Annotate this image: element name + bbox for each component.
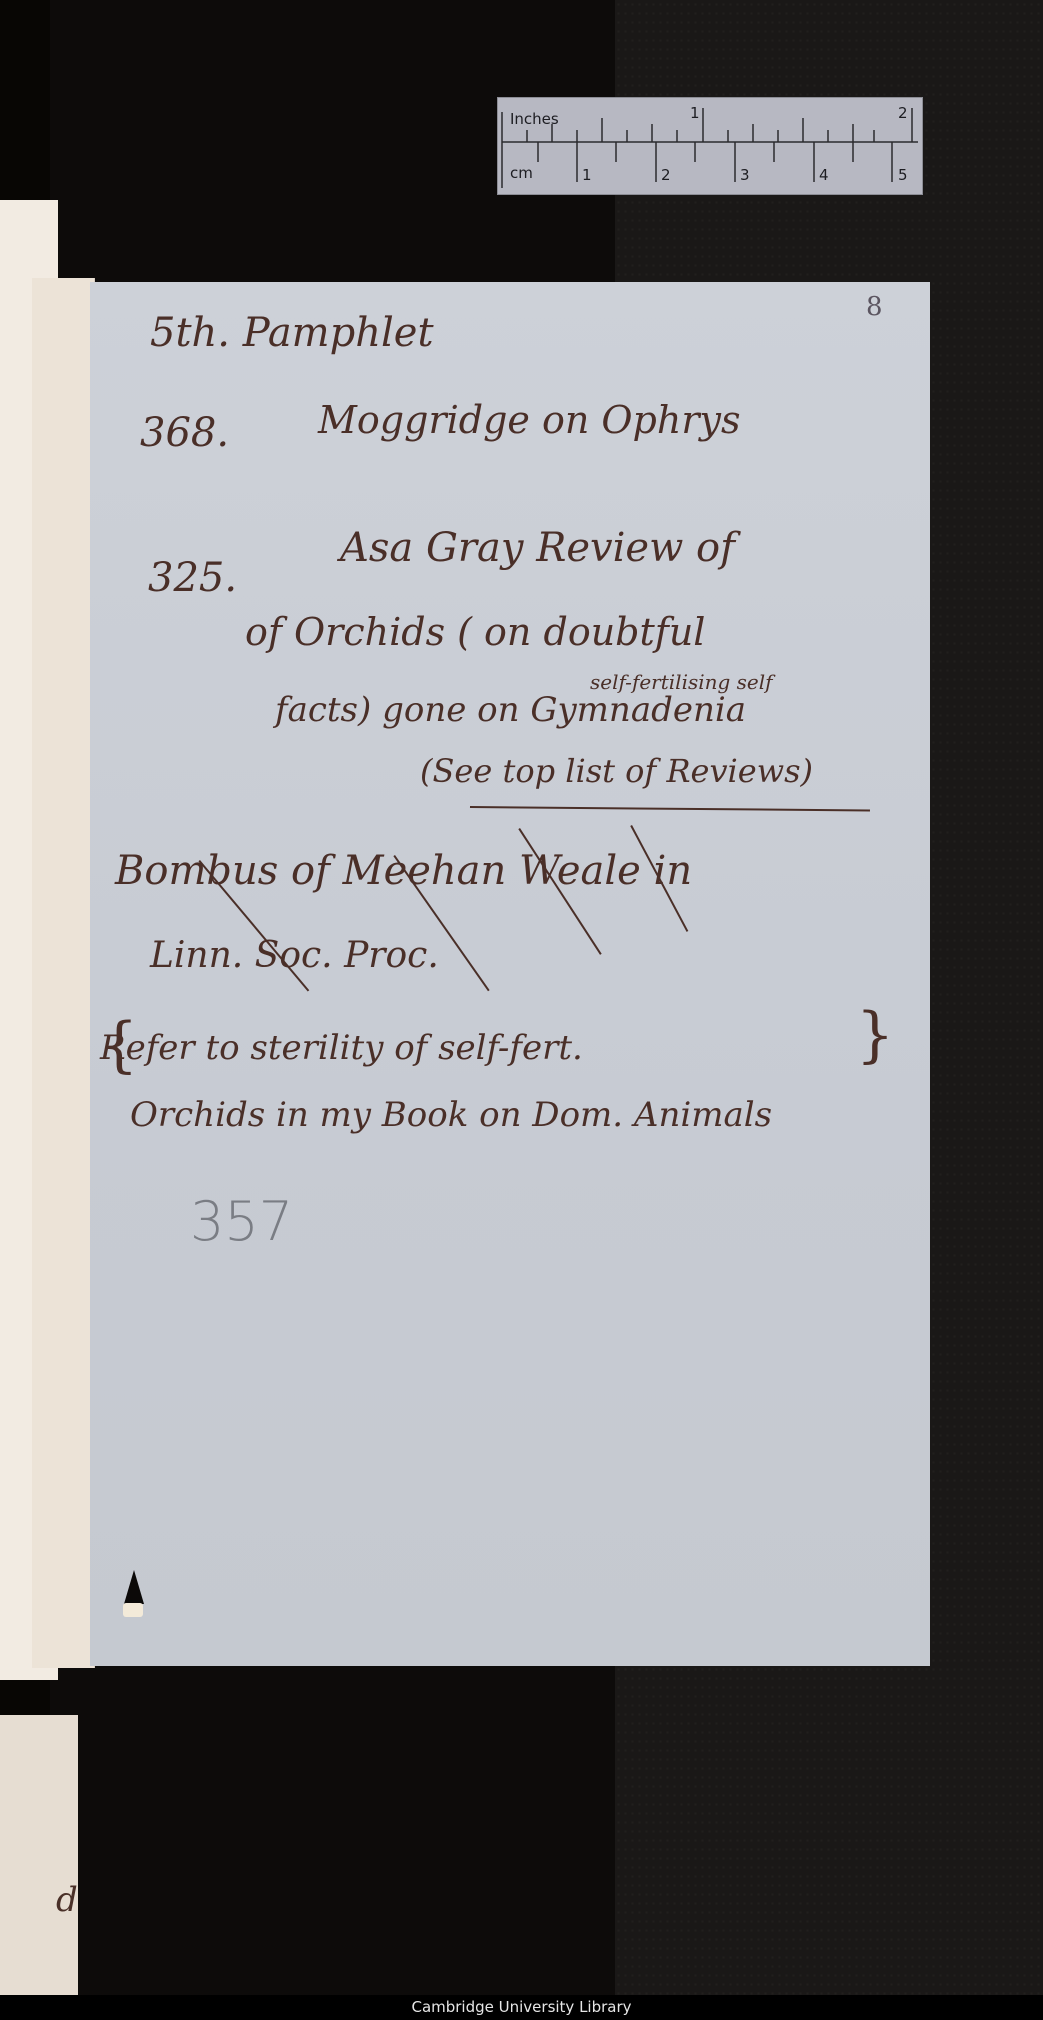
paper-hole-patch: [123, 1603, 143, 1617]
scale-ruler: Inches cm 1 2 1 2 3 4 5: [497, 97, 923, 195]
entry-325-line-a: Asa Gray Review of: [340, 525, 735, 571]
entry-368-text: Moggridge on Ophrys: [318, 398, 741, 442]
note-line-b: Orchids in my Book on Dom. Animals: [130, 1095, 772, 1135]
ruler-inches-label: Inches: [510, 110, 559, 128]
entry-325-line-c: facts) gone on Gymnadenia: [275, 690, 746, 730]
entry-325-line-d: (See top list of Reviews): [420, 752, 813, 790]
entry-325-superscript: self-fertilising self: [590, 670, 773, 694]
ruler-inch-1: 1: [690, 104, 700, 122]
ruler-cm-5: 5: [898, 166, 908, 184]
ruler-cm-1: 1: [582, 166, 592, 184]
right-brace: }: [856, 1000, 894, 1070]
folio-number: 8: [866, 292, 883, 322]
ruler-cm-3: 3: [740, 166, 750, 184]
entry-number-325: 325.: [148, 555, 237, 601]
ruler-ticks: [498, 98, 922, 194]
ruler-cm-4: 4: [819, 166, 829, 184]
paper-hole: [124, 1570, 144, 1604]
entry-number-368: 368.: [140, 410, 229, 456]
struck-line-b: Linn. Soc. Proc.: [150, 935, 439, 976]
ruler-cm-label: cm: [510, 164, 533, 182]
note-line-a: Refer to sterility of self-fert.: [100, 1028, 583, 1068]
underlying-page-lower: [0, 1715, 78, 1995]
footer-credit: Cambridge University Library: [0, 1995, 1043, 2020]
entry-325-line-b: of Orchids ( on doubtful: [245, 610, 705, 654]
sheet-mount-flap: [32, 278, 95, 1668]
pencil-number: 357: [190, 1190, 293, 1253]
heading-line: 5th. Pamphlet: [150, 310, 434, 356]
ruler-inch-2: 2: [898, 104, 908, 122]
underlying-ink-fragment: d: [56, 1880, 78, 1920]
ruler-cm-2: 2: [661, 166, 671, 184]
